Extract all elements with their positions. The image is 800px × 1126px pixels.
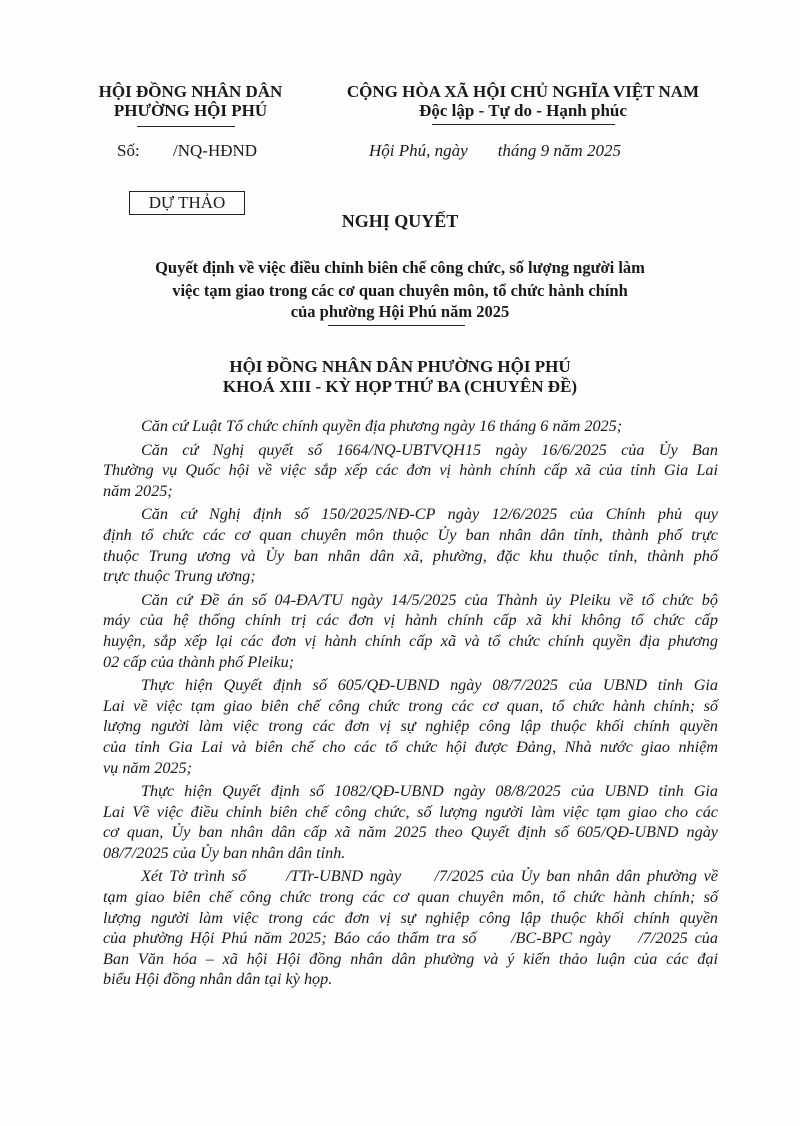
document-number-value: /NQ-HĐND xyxy=(173,141,257,160)
document-date: Hội Phú, ngàytháng 9 năm 2025 xyxy=(369,141,621,161)
body-paragraph: Căn cứ Nghị quyết số 1664/NQ-UBTVQH15 ng… xyxy=(103,440,718,502)
body-line: của tỉnh Gia Lai và biên chế cho các tổ … xyxy=(103,737,718,758)
document-page: HỘI ĐỒNG NHÂN DÂN PHƯỜNG HỘI PHÚ Số:/NQ-… xyxy=(0,0,800,1126)
body-paragraph: Thực hiện Quyết định số 1082/QĐ-UBND ngà… xyxy=(103,781,718,863)
body-line: máy của hệ thống chính trị các đơn vị hà… xyxy=(103,610,718,631)
body-paragraph: Căn cứ Đề án số 04-ĐA/TU ngày 14/5/2025 … xyxy=(103,590,718,672)
body-line: 02 cấp của thành phố Pleiku; xyxy=(103,652,718,673)
subtitle-underline xyxy=(328,325,465,326)
motto-underline xyxy=(432,124,615,125)
body-paragraph: Thực hiện Quyết định số 605/QĐ-UBND ngày… xyxy=(103,675,718,778)
council-session: KHOÁ XIII - KỲ HỌP THỨ BA (CHUYÊN ĐỀ) xyxy=(0,376,800,397)
body-paragraph: Căn cứ Nghị định số 150/2025/NĐ-CP ngày … xyxy=(103,504,718,586)
body-line: của phường Hội Phú năm 2025; Báo cáo thẩ… xyxy=(103,928,718,949)
body-line: Lai về việc tạm giao biên chế công chức … xyxy=(103,696,718,717)
national-title: CỘNG HÒA XÃ HỘI CHỦ NGHĨA VIỆT NAM xyxy=(318,82,728,102)
body-line: Căn cứ Đề án số 04-ĐA/TU ngày 14/5/2025 … xyxy=(103,590,718,611)
body-line: tạm giao biên chế công chức trong các cơ… xyxy=(103,887,718,908)
body-line: thuộc Trung ương và Ủy ban nhân dân xã, … xyxy=(103,546,718,567)
body-paragraph: Căn cứ Luật Tổ chức chính quyền địa phươ… xyxy=(103,416,718,437)
body-line: định tổ chức các cơ quan chuyên môn thuộ… xyxy=(103,525,718,546)
subtitle-line-1: Quyết định về việc điều chỉnh biên chế c… xyxy=(0,257,800,278)
body-line: Xét Tờ trình số /TTr-UBND ngày /7/2025 c… xyxy=(103,866,718,887)
body-line: Ban Văn hóa – xã hội Hội đồng nhân dân p… xyxy=(103,949,718,970)
body-line: biểu Hội đồng nhân dân tại kỳ họp. xyxy=(103,969,718,990)
council-name: HỘI ĐỒNG NHÂN DÂN PHƯỜNG HỘI PHÚ xyxy=(0,356,800,377)
document-title: NGHỊ QUYẾT xyxy=(0,211,800,232)
issuing-organization: HỘI ĐỒNG NHÂN DÂN xyxy=(78,82,303,102)
body-paragraph: Xét Tờ trình số /TTr-UBND ngày /7/2025 c… xyxy=(103,866,718,990)
date-place: Hội Phú, ngày xyxy=(369,141,468,160)
body-line: Căn cứ Nghị định số 150/2025/NĐ-CP ngày … xyxy=(103,504,718,525)
body-line: trực thuộc Trung ương; xyxy=(103,566,718,587)
body-line: Căn cứ Luật Tổ chức chính quyền địa phươ… xyxy=(103,416,718,437)
document-number-label: Số: xyxy=(117,141,173,161)
body-line: huyện, sắp xếp lại các đơn vị hành chính… xyxy=(103,631,718,652)
document-number: Số:/NQ-HĐND xyxy=(117,141,257,161)
national-motto: Độc lập - Tự do - Hạnh phúc xyxy=(318,101,728,121)
body-line: lượng người làm việc trong các đơn vị sự… xyxy=(103,716,718,737)
body-line: 08/7/2025 của Ủy ban nhân dân tỉnh. xyxy=(103,843,718,864)
body-line: cơ quan, Ủy ban nhân dân cấp xã năm 2025… xyxy=(103,822,718,843)
issuing-ward: PHƯỜNG HỘI PHÚ xyxy=(78,101,303,121)
body-line: Căn cứ Nghị quyết số 1664/NQ-UBTVQH15 ng… xyxy=(103,440,718,461)
document-body: Căn cứ Luật Tổ chức chính quyền địa phươ… xyxy=(103,416,718,993)
subtitle-line-2: việc tạm giao trong các cơ quan chuyên m… xyxy=(0,280,800,301)
organization-underline xyxy=(137,126,235,127)
body-line: Thường vụ Quốc hội về việc sắp xếp các đ… xyxy=(103,460,718,481)
body-line: năm 2025; xyxy=(103,481,718,502)
body-line: Lai Về việc điều chỉnh biên chế công chứ… xyxy=(103,802,718,823)
body-line: lượng người làm việc trong các đơn vị sự… xyxy=(103,908,718,929)
body-line: Thực hiện Quyết định số 605/QĐ-UBND ngày… xyxy=(103,675,718,696)
body-line: Thực hiện Quyết định số 1082/QĐ-UBND ngà… xyxy=(103,781,718,802)
body-line: vụ năm 2025; xyxy=(103,758,718,779)
subtitle-line-3: của phường Hội Phú năm 2025 xyxy=(0,301,800,322)
date-month-year: tháng 9 năm 2025 xyxy=(498,141,621,160)
